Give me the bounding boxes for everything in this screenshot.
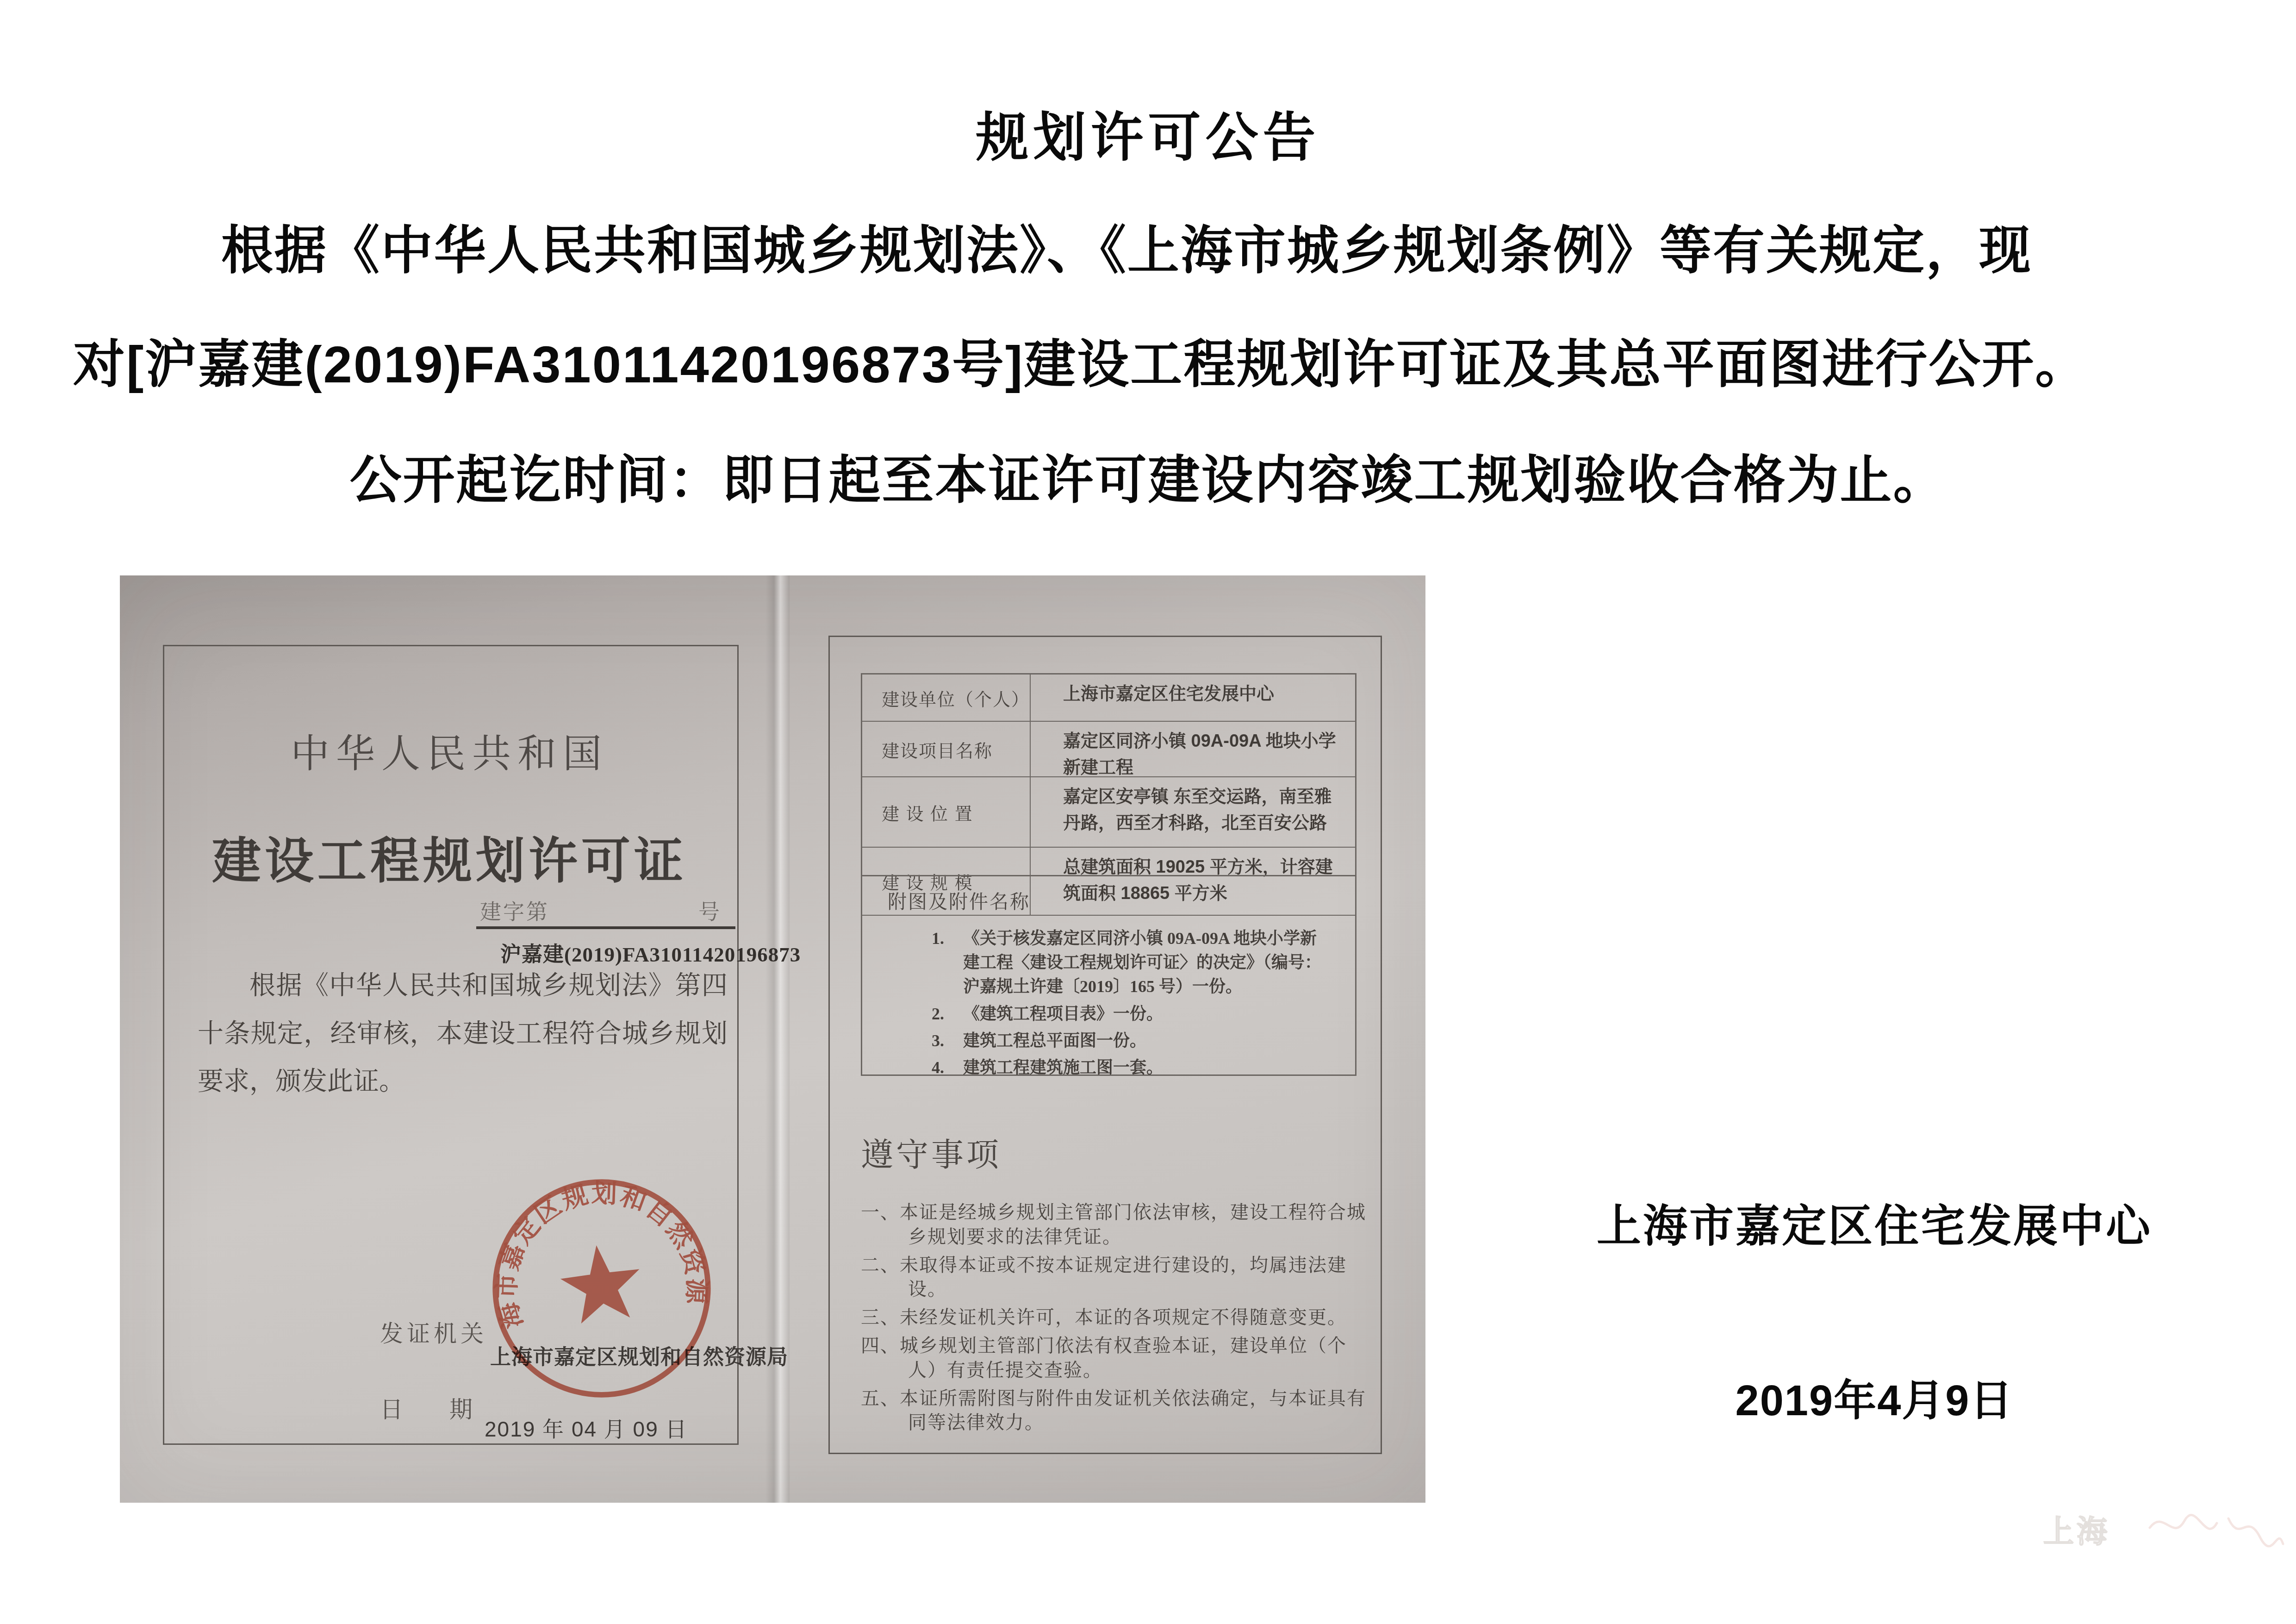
page-title: 规划许可公告	[0, 95, 2296, 171]
notice-issuer: 上海市嘉定区住宅发展中心	[1574, 1191, 2175, 1254]
notice-document: 规划许可公告 根据《中华人民共和国城乡规划法》、《上海市城乡规划条例》等有关规定…	[0, 0, 2296, 1624]
country-name: 中华人民共和国	[163, 723, 736, 779]
compliance-item: 三、未经发证机关许可，本证的各项规定不得随意变更。	[861, 1305, 1374, 1330]
attachment-item: 2. 《建筑工程项目表》一份。	[932, 1002, 1330, 1026]
serial-underline	[476, 926, 735, 929]
watermark-text: 上海	[2043, 1507, 2110, 1551]
row-value: 嘉定区安亭镇 东至交运路，南至雅丹路，西至才科路，北至百安公路	[1031, 777, 1355, 847]
attachment-text: 建筑工程建筑施工图一套。	[963, 1056, 1163, 1080]
table-row: 建设单位（个人） 上海市嘉定区住宅发展中心	[862, 675, 1355, 722]
attachment-item: 3. 建筑工程总平面图一份。	[932, 1029, 1330, 1053]
row-label: 建设单位（个人）	[862, 675, 1031, 721]
notice-date: 2019年4月9日	[1574, 1367, 2175, 1428]
issue-date-label: 日 期	[380, 1391, 473, 1424]
attachment-item: 4. 建筑工程建筑施工图一套。	[932, 1056, 1330, 1080]
attachment-number: 4.	[932, 1056, 963, 1080]
notice-line-1: 根据《中华人民共和国城乡规划法》、《上海市城乡规划条例》等有关规定，现	[221, 209, 2032, 284]
attachment-text: 建筑工程总平面图一份。	[963, 1029, 1146, 1053]
attachment-item: 1. 《关于核发嘉定区同济小镇 09A-09A 地块小学新建工程〈建设工程规划许…	[932, 926, 1330, 999]
table-row: 建设项目名称 嘉定区同济小镇 09A-09A 地块小学新建工程	[862, 722, 1355, 777]
official-seal-icon: 上海市嘉定区规划和自然资源局	[473, 1159, 730, 1417]
notice-line-2: 对[沪嘉建(2019)FA31011420196873号]建设工程规划许可证及其…	[73, 323, 2088, 398]
certificate-body-text: 根据《中华人民共和国城乡规划法》第四十条规定，经审核，本建设工程符合城乡规划要求…	[198, 962, 728, 1106]
compliance-item: 四、城乡规划主管部门依法有权查验本证，建设单位（个人）有责任提交查验。	[861, 1334, 1374, 1383]
serial-suffix: 号	[698, 895, 720, 925]
table-row: 建 设 位 置 嘉定区安亭镇 东至交运路，南至雅丹路，西至才科路，北至百安公路	[862, 777, 1355, 848]
compliance-heading: 遵守事项	[861, 1129, 1002, 1176]
issue-date-value: 2019 年 04 月 09 日	[485, 1412, 688, 1443]
compliance-list: 一、本证是经城乡规划主管部门依法审核，建设工程符合城乡规划要求的法律凭证。 二、…	[861, 1200, 1374, 1439]
row-label: 建 设 位 置	[862, 777, 1031, 847]
attachment-number: 2.	[932, 1002, 963, 1026]
attachment-text: 《关于核发嘉定区同济小镇 09A-09A 地块小学新建工程〈建设工程规划许可证〉…	[963, 926, 1330, 999]
watermark-signature-icon	[2140, 1500, 2289, 1574]
row-value: 上海市嘉定区住宅发展中心	[1031, 675, 1355, 721]
compliance-item: 五、本证所需附图与附件由发证机关依法确定，与本证具有同等法律效力。	[861, 1387, 1374, 1436]
row-value: 嘉定区同济小镇 09A-09A 地块小学新建工程	[1031, 722, 1355, 776]
compliance-item: 二、未取得本证或不按本证规定进行建设的，均属违法建设。	[861, 1253, 1374, 1302]
attachment-text: 《建筑工程项目表》一份。	[963, 1002, 1163, 1026]
row-label: 建设项目名称	[862, 722, 1031, 776]
notice-line-3: 公开起讫时间：即日起至本证许可建设内容竣工规划验收合格为止。	[0, 439, 2296, 513]
attachment-number: 3.	[932, 1029, 963, 1053]
attachments-section: 附图及附件名称 1. 《关于核发嘉定区同济小镇 09A-09A 地块小学新建工程…	[861, 875, 1356, 1076]
attachments-list: 1. 《关于核发嘉定区同济小镇 09A-09A 地块小学新建工程〈建设工程规划许…	[932, 926, 1330, 1082]
attachments-heading: 附图及附件名称	[888, 887, 1030, 914]
compliance-item: 一、本证是经城乡规划主管部门依法审核，建设工程符合城乡规划要求的法律凭证。	[861, 1200, 1374, 1249]
certificate-photo: 中华人民共和国 建设工程规划许可证 建字第 号 沪嘉建(2019)FA31011…	[120, 575, 1425, 1503]
attachment-number: 1.	[932, 926, 963, 999]
seal-star-icon	[557, 1241, 645, 1325]
issuing-authority-label: 发证机关	[380, 1315, 487, 1349]
certificate-title: 建设工程规划许可证	[163, 822, 736, 892]
serial-prefix: 建字第	[480, 895, 549, 925]
